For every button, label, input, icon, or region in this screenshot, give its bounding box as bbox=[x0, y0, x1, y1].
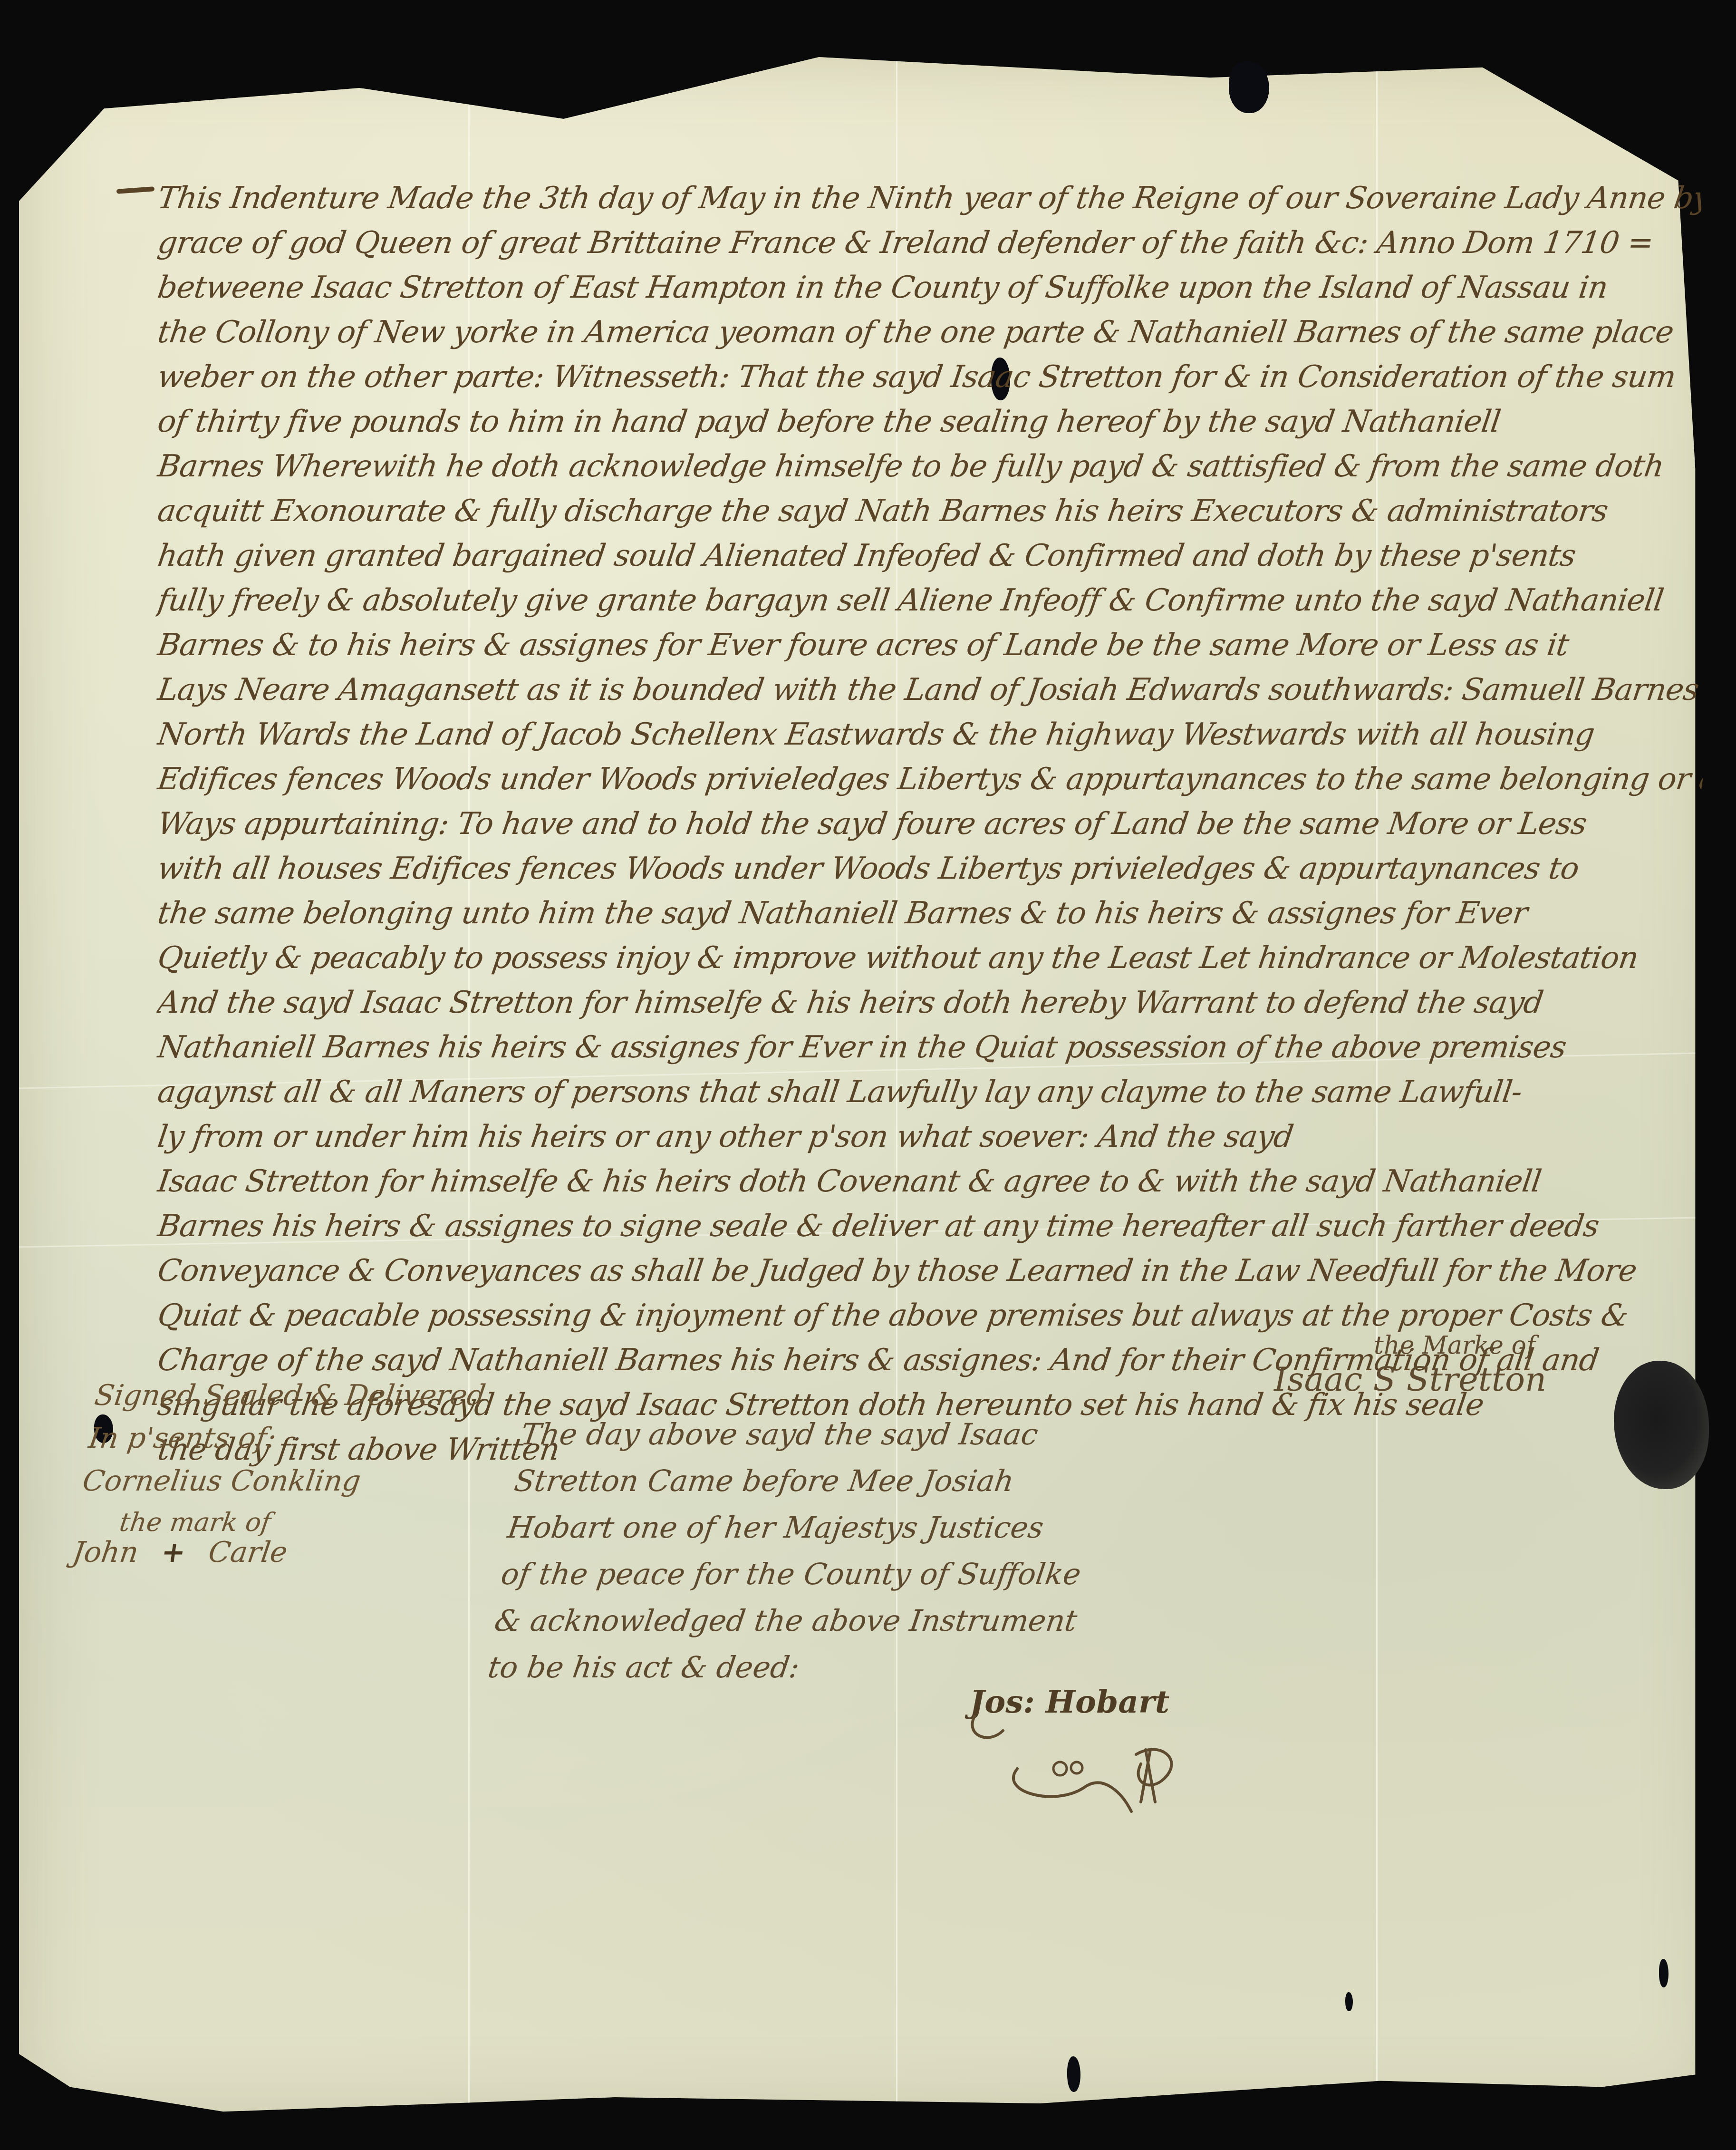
witness-heading: In p'sents of: bbox=[85, 1422, 482, 1464]
ack-line: Stretton Came before Mee Josiah bbox=[511, 1463, 1099, 1510]
indenture-body: This Indenture Made the 3th day of May i… bbox=[157, 183, 1702, 1479]
witness-name: Cornelius Conkling bbox=[79, 1464, 476, 1507]
witness-block: Signed Sealed & Delivered In p'sents of:… bbox=[69, 1379, 487, 1579]
body-line: the same belonging unto him the sayd Nat… bbox=[154, 898, 1705, 943]
paper-hole bbox=[1659, 1959, 1668, 1987]
body-line: hath given granted bargained sould Alien… bbox=[154, 541, 1705, 585]
grantor-mark-label: the Marke of bbox=[1374, 1331, 1535, 1360]
paper-hole bbox=[1345, 1992, 1353, 2011]
ack-line: The day above sayd the sayd Isaac bbox=[517, 1417, 1106, 1463]
witness-mark-label: the mark of bbox=[75, 1507, 470, 1536]
body-line: Conveyance & Conveyances as shall be Jud… bbox=[154, 1256, 1705, 1300]
body-line: betweene Isaac Stretton of East Hampton … bbox=[154, 272, 1705, 317]
body-line: Lays Neare Amagansett as it is bounded w… bbox=[154, 675, 1705, 719]
witness-first-name: John bbox=[70, 1536, 140, 1569]
ack-line: Hobart one of her Majestys Justices bbox=[504, 1510, 1092, 1557]
witness-last-name: Carle bbox=[206, 1536, 289, 1569]
body-line: Quietly & peacably to possess injoy & im… bbox=[154, 943, 1705, 988]
signature-flourish-icon bbox=[960, 1697, 1198, 1821]
grantor-signature: Isaac S Stretton bbox=[1274, 1360, 1546, 1399]
body-line: the Collony of New yorke in America yeom… bbox=[154, 317, 1705, 362]
body-line: This Indenture Made the 3th day of May i… bbox=[154, 183, 1705, 228]
body-line: Barnes & to his heirs & assignes for Eve… bbox=[154, 630, 1705, 675]
body-line: ly from or under him his heirs or any ot… bbox=[154, 1122, 1705, 1166]
body-line: Edifices fences Woods under Woods privie… bbox=[154, 764, 1705, 809]
cross-mark-icon: + bbox=[159, 1536, 188, 1569]
body-line: of thirty five pounds to him in hand pay… bbox=[154, 407, 1705, 451]
body-line: with all houses Edifices fences Woods un… bbox=[154, 853, 1705, 898]
witness-name-with-mark: John + Carle bbox=[69, 1536, 465, 1579]
paper-tear-hole bbox=[1229, 61, 1269, 113]
body-line: Isaac Stretton for himselfe & his heirs … bbox=[154, 1166, 1705, 1211]
body-line: agaynst all & all Maners of persons that… bbox=[154, 1077, 1705, 1122]
body-line: Barnes his heirs & assignes to signe sea… bbox=[154, 1211, 1705, 1256]
body-line: And the sayd Isaac Stretton for himselfe… bbox=[154, 988, 1705, 1032]
witness-heading: Signed Sealed & Delivered bbox=[91, 1379, 488, 1422]
body-line: North Wards the Land of Jacob Schellenx … bbox=[154, 719, 1705, 764]
ack-line: of the peace for the County of Suffolke bbox=[497, 1557, 1086, 1603]
body-line-habendum: Ways appurtaining: To have and to hold t… bbox=[154, 809, 1705, 853]
body-line: grace of god Queen of great Brittaine Fr… bbox=[154, 228, 1705, 272]
body-line: acquitt Exonourate & fully discharge the… bbox=[154, 496, 1705, 541]
acknowledgement-block: The day above sayd the sayd Isaac Strett… bbox=[484, 1417, 1106, 1696]
body-line: weber on the other parte: Witnesseth: Th… bbox=[154, 362, 1705, 407]
body-line: fully freely & absolutely give grante ba… bbox=[154, 585, 1705, 630]
body-line: Barnes Wherewith he doth acknowledge him… bbox=[154, 451, 1705, 496]
body-line: Nathaniell Barnes his heirs & assignes f… bbox=[154, 1032, 1705, 1077]
ack-line: & acknowledged the above Instrument bbox=[491, 1603, 1079, 1650]
paper-hole bbox=[1067, 2056, 1080, 2092]
